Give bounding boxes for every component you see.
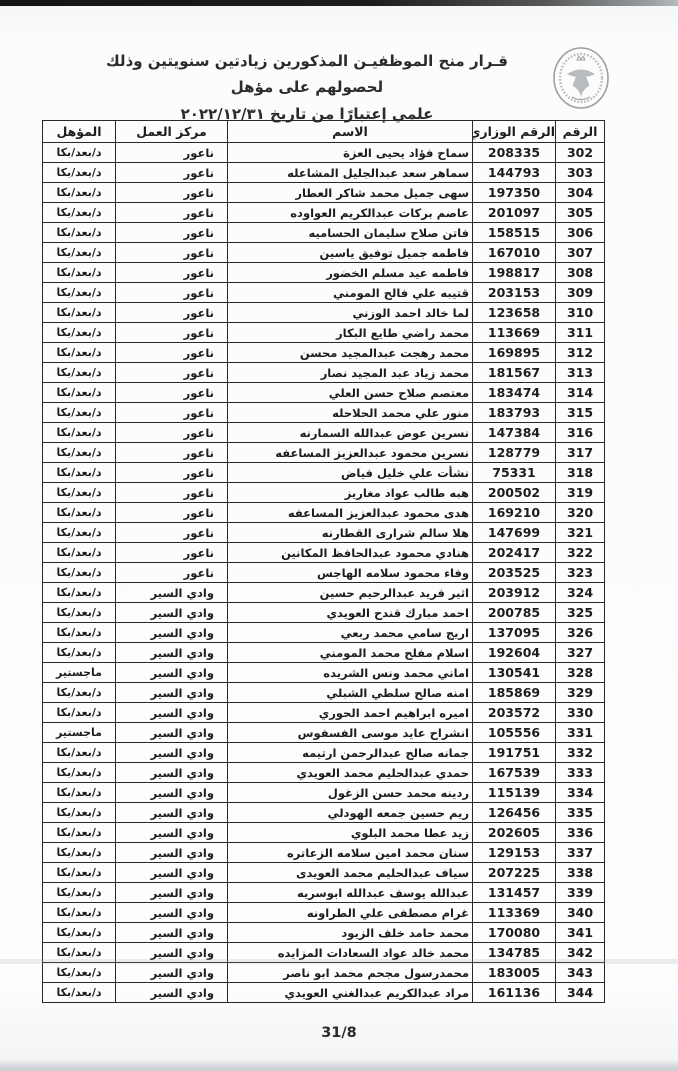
cell-center: وادي السير [116,843,228,863]
cell-center: ناعور [116,143,228,163]
scan-edge-top [0,0,678,6]
cell-no: 336 [556,823,605,843]
cell-mid: 185869 [473,683,556,703]
table-row: 338207225سياف عبدالحليم محمد العويدىوادي… [43,863,605,883]
table-row: 339131457عبدالله يوسف عبدالله ابوسريهواد… [43,883,605,903]
table-row: 334115139ردينه محمد حسن الزغولوادي السير… [43,783,605,803]
cell-mid: 202417 [473,543,556,563]
cell-qual: د/بعد/بكا [43,323,116,343]
cell-mid: 169210 [473,503,556,523]
cell-qual: د/بعد/بكا [43,863,116,883]
cell-qual: د/بعد/بكا [43,743,116,763]
cell-no: 328 [556,663,605,683]
cell-center: وادي السير [116,603,228,623]
cell-no: 321 [556,523,605,543]
cell-center: وادي السير [116,783,228,803]
cell-qual: د/بعد/بكا [43,563,116,583]
table-row: 332191751جمانه صالح عبدالرحمن ارتيمهوادي… [43,743,605,763]
cell-mid: 129153 [473,843,556,863]
cell-name: ريم حسين جمعه الهودلي [228,803,473,823]
table-row: 331105556انشراح عايد موسى الفسفوسوادي ال… [43,723,605,743]
cell-center: ناعور [116,243,228,263]
header-ministry-number: الرقم الوزاري [473,121,556,143]
cell-no: 339 [556,883,605,903]
scan-edge-bottom [0,1059,678,1071]
table-row: 336202605زيد عطا محمد البلويوادي السيرد/… [43,823,605,843]
cell-center: ناعور [116,503,228,523]
cell-name: هبه طالب عواد مغاريز [228,483,473,503]
cell-no: 344 [556,983,605,1003]
header-name: الاسم [228,121,473,143]
table-row: 319200502هبه طالب عواد مغاريزناعورد/بعد/… [43,483,605,503]
header-qualification: المؤهل [43,121,116,143]
cell-name: وفاء محمود سلامه الهاجس [228,563,473,583]
cell-qual: د/بعد/بكا [43,483,116,503]
cell-name: سماح فؤاد يحيى العزة [228,143,473,163]
cell-qual: د/بعد/بكا [43,583,116,603]
cell-name: اثير فريد عبدالرحيم حسين [228,583,473,603]
cell-qual: د/بعد/بكا [43,163,116,183]
cell-mid: 170080 [473,923,556,943]
table-row: 302208335سماح فؤاد يحيى العزةناعورد/بعد/… [43,143,605,163]
table-row: 330203572اميره ابراهيم احمد الحوريوادي ا… [43,703,605,723]
table-row: 320169210هدى محمود عبدالعزيز المساعفهناع… [43,503,605,523]
cell-name: امنه صالح سلطي الشبلي [228,683,473,703]
cell-mid: 128779 [473,443,556,463]
table-row: 337129153سنان محمد امين سلامه الزعاترهوا… [43,843,605,863]
cell-mid: 181567 [473,363,556,383]
cell-mid: 202605 [473,823,556,843]
table-header-row: الرقم الرقم الوزاري الاسم مركز العمل الم… [43,121,605,143]
cell-qual: ماجستير [43,723,116,743]
table-row: 323203525وفاء محمود سلامه الهاجسناعورد/ب… [43,563,605,583]
cell-mid: 192604 [473,643,556,663]
cell-no: 329 [556,683,605,703]
cell-no: 317 [556,443,605,463]
cell-name: هنادي محمود عبدالحافظ المكانين [228,543,473,563]
cell-center: وادي السير [116,963,228,983]
cell-center: وادي السير [116,663,228,683]
table-row: 310123658لما خالد احمد الوزنيناعورد/بعد/… [43,303,605,323]
cell-qual: د/بعد/بكا [43,983,116,1003]
table-row: 304197350سهى جميل محمد شاكر العطارناعورد… [43,183,605,203]
cell-name: محمد زياد عبد المجيد نصار [228,363,473,383]
cell-center: وادي السير [116,763,228,783]
cell-no: 305 [556,203,605,223]
government-seal-icon [546,40,616,116]
cell-no: 326 [556,623,605,643]
cell-no: 309 [556,283,605,303]
table-row: 324203912اثير فريد عبدالرحيم حسينوادي ال… [43,583,605,603]
cell-name: جمانه صالح عبدالرحمن ارتيمه [228,743,473,763]
cell-name: هدى محمود عبدالعزيز المساعفه [228,503,473,523]
cell-center: ناعور [116,363,228,383]
table-row: 311113669محمد راضي طايع البكارناعورد/بعد… [43,323,605,343]
cell-center: ناعور [116,483,228,503]
cell-no: 322 [556,543,605,563]
cell-mid: 201097 [473,203,556,223]
cell-center: وادي السير [116,983,228,1003]
cell-no: 303 [556,163,605,183]
cell-center: ناعور [116,423,228,443]
cell-mid: 203572 [473,703,556,723]
cell-name: قتيبه علي فالح المومني [228,283,473,303]
cell-no: 335 [556,803,605,823]
cell-name: هلا سالم شرارى القطارنه [228,523,473,543]
cell-mid: 126456 [473,803,556,823]
cell-qual: د/بعد/بكا [43,223,116,243]
cell-name: معتصم صلاح حسن العلي [228,383,473,403]
document-title-line1: قـرار منح الموظفيـن المذكورين زيادتين سن… [72,48,542,101]
table-row: 305201097عاصم بركات عبدالكريم العواودهنا… [43,203,605,223]
cell-no: 338 [556,863,605,883]
cell-qual: د/بعد/بكا [43,243,116,263]
cell-mid: 200785 [473,603,556,623]
cell-qual: د/بعد/بكا [43,623,116,643]
cell-name: ردينه محمد حسن الزغول [228,783,473,803]
cell-qual: د/بعد/بكا [43,183,116,203]
cell-mid: 198817 [473,263,556,283]
cell-no: 337 [556,843,605,863]
cell-no: 304 [556,183,605,203]
cell-center: ناعور [116,183,228,203]
cell-qual: د/بعد/بكا [43,703,116,723]
cell-no: 302 [556,143,605,163]
cell-name: مراد عبدالكريم عبدالغني العويدي [228,983,473,1003]
cell-name: فاتن صلاح سليمان الحساميه [228,223,473,243]
cell-no: 320 [556,503,605,523]
cell-qual: د/بعد/بكا [43,383,116,403]
cell-name: محمد رهجت عبدالمجيد محسن [228,343,473,363]
cell-name: حمدي عبدالحليم محمد العويدي [228,763,473,783]
table-row: 321147699هلا سالم شرارى القطارنهناعورد/ب… [43,523,605,543]
cell-no: 313 [556,363,605,383]
cell-mid: 197350 [473,183,556,203]
cell-name: انشراح عايد موسى الفسفوس [228,723,473,743]
cell-qual: د/بعد/بكا [43,263,116,283]
cell-no: 307 [556,243,605,263]
cell-mid: 169895 [473,343,556,363]
table-row: 326137095اريج سامي محمد ربعيوادي السيرد/… [43,623,605,643]
cell-qual: د/بعد/بكا [43,903,116,923]
table-row: 308198817فاطمه عيد مسلم الخضورناعورد/بعد… [43,263,605,283]
cell-no: 331 [556,723,605,743]
cell-center: ناعور [116,383,228,403]
cell-mid: 203153 [473,283,556,303]
cell-mid: 183793 [473,403,556,423]
cell-center: ناعور [116,163,228,183]
employee-table-body: 302208335سماح فؤاد يحيى العزةناعورد/بعد/… [43,143,605,1003]
table-row: 335126456ريم حسين جمعه الهودليوادي السير… [43,803,605,823]
cell-mid: 147384 [473,423,556,443]
cell-no: 325 [556,603,605,623]
cell-center: وادي السير [116,583,228,603]
cell-mid: 203912 [473,583,556,603]
cell-qual: د/بعد/بكا [43,963,116,983]
table-row: 306158515فاتن صلاح سليمان الحساميهناعورد… [43,223,605,243]
cell-qual: د/بعد/بكا [43,363,116,383]
cell-qual: د/بعد/بكا [43,143,116,163]
cell-center: وادي السير [116,823,228,843]
cell-qual: د/بعد/بكا [43,923,116,943]
cell-name: لما خالد احمد الوزني [228,303,473,323]
cell-no: 324 [556,583,605,603]
cell-no: 308 [556,263,605,283]
cell-name: اميره ابراهيم احمد الحوري [228,703,473,723]
cell-qual: د/بعد/بكا [43,883,116,903]
cell-mid: 167010 [473,243,556,263]
cell-mid: 203525 [473,563,556,583]
cell-center: وادي السير [116,743,228,763]
cell-qual: د/بعد/بكا [43,463,116,483]
cell-no: 312 [556,343,605,363]
cell-no: 334 [556,783,605,803]
scan-artifact-streak [0,959,678,964]
cell-name: سياف عبدالحليم محمد العويدى [228,863,473,883]
table-row: 328130541اماني محمد ونس الشريدهوادي السي… [43,663,605,683]
cell-center: ناعور [116,543,228,563]
table-row: 333167539حمدي عبدالحليم محمد العويديوادي… [43,763,605,783]
cell-center: ناعور [116,223,228,243]
cell-name: اسلام مفلح محمد المومني [228,643,473,663]
cell-center: وادي السير [116,903,228,923]
cell-mid: 75331 [473,463,556,483]
cell-mid: 161136 [473,983,556,1003]
table-row: 314183474معتصم صلاح حسن العليناعورد/بعد/… [43,383,605,403]
cell-mid: 113669 [473,323,556,343]
scanned-document-page: قـرار منح الموظفيـن المذكورين زيادتين سن… [0,0,678,1071]
cell-no: 314 [556,383,605,403]
cell-name: محمدرسول مجحم محمد ابو ناصر [228,963,473,983]
cell-mid: 105556 [473,723,556,743]
cell-center: ناعور [116,303,228,323]
cell-qual: د/بعد/بكا [43,303,116,323]
table-row: 315183793منور علي محمد الحلاحلهناعورد/بع… [43,403,605,423]
cell-no: 315 [556,403,605,423]
cell-qual: د/بعد/بكا [43,523,116,543]
cell-name: احمد مبارك قندح العويدي [228,603,473,623]
cell-name: اماني محمد ونس الشريده [228,663,473,683]
cell-center: ناعور [116,283,228,303]
cell-name: نسرين عوض عبدالله السمارنه [228,423,473,443]
cell-qual: د/بعد/بكا [43,683,116,703]
table-row: 329185869امنه صالح سلطي الشبليوادي السير… [43,683,605,703]
cell-mid: 131457 [473,883,556,903]
cell-name: سهى جميل محمد شاكر العطار [228,183,473,203]
cell-name: فاطمه جميل توفيق ياسين [228,243,473,263]
document-header: قـرار منح الموظفيـن المذكورين زيادتين سن… [0,38,678,118]
cell-center: وادي السير [116,643,228,663]
table-row: 327192604اسلام مفلح محمد المومنيوادي الس… [43,643,605,663]
cell-center: ناعور [116,203,228,223]
cell-center: ناعور [116,263,228,283]
cell-name: عاصم بركات عبدالكريم العواوده [228,203,473,223]
cell-mid: 115139 [473,783,556,803]
cell-no: 311 [556,323,605,343]
cell-qual: د/بعد/بكا [43,503,116,523]
cell-name: سنان محمد امين سلامه الزعاتره [228,843,473,863]
cell-mid: 130541 [473,663,556,683]
cell-mid: 137095 [473,623,556,643]
table-row: 322202417هنادي محمود عبدالحافظ المكانينن… [43,543,605,563]
cell-no: 310 [556,303,605,323]
cell-no: 327 [556,643,605,663]
cell-name: عبدالله يوسف عبدالله ابوسريه [228,883,473,903]
cell-center: وادي السير [116,703,228,723]
table-row: 309203153قتيبه علي فالح المومنيناعورد/بع… [43,283,605,303]
table-row: 325200785احمد مبارك قندح العويديوادي الس… [43,603,605,623]
cell-mid: 183474 [473,383,556,403]
cell-mid: 147699 [473,523,556,543]
table-row: 317128779نسرين محمود عبدالعزيز المساعفهن… [43,443,605,463]
cell-center: ناعور [116,343,228,363]
cell-mid: 200502 [473,483,556,503]
cell-no: 343 [556,963,605,983]
cell-center: ناعور [116,563,228,583]
header-work-center: مركز العمل [116,121,228,143]
cell-qual: د/بعد/بكا [43,603,116,623]
cell-qual: د/بعد/بكا [43,823,116,843]
cell-name: محمد حامد خلف الزيود [228,923,473,943]
cell-no: 319 [556,483,605,503]
cell-center: وادي السير [116,863,228,883]
cell-center: ناعور [116,443,228,463]
cell-center: وادي السير [116,723,228,743]
table-row: 313181567محمد زياد عبد المجيد نصارناعورد… [43,363,605,383]
cell-qual: د/بعد/بكا [43,843,116,863]
table-row: 316147384نسرين عوض عبدالله السمارنهناعور… [43,423,605,443]
cell-mid: 144793 [473,163,556,183]
cell-mid: 113369 [473,903,556,923]
cell-qual: ماجستير [43,663,116,683]
cell-mid: 207225 [473,863,556,883]
cell-mid: 123658 [473,303,556,323]
table-row: 307167010فاطمه جميل توفيق ياسينناعورد/بع… [43,243,605,263]
cell-qual: د/بعد/بكا [43,783,116,803]
cell-mid: 167539 [473,763,556,783]
cell-center: وادي السير [116,623,228,643]
cell-center: ناعور [116,523,228,543]
cell-center: وادي السير [116,683,228,703]
cell-center: ناعور [116,403,228,423]
cell-no: 316 [556,423,605,443]
page-number: 31/8 [0,1025,678,1041]
cell-no: 340 [556,903,605,923]
table-row: 341170080محمد حامد خلف الزيودوادي السيرد… [43,923,605,943]
cell-name: سماهر سعد عبدالجليل المشاعله [228,163,473,183]
cell-center: وادي السير [116,883,228,903]
cell-name: محمد راضي طايع البكار [228,323,473,343]
employee-raise-table: الرقم الرقم الوزاري الاسم مركز العمل الم… [42,120,605,1003]
cell-center: وادي السير [116,923,228,943]
cell-mid: 208335 [473,143,556,163]
cell-center: ناعور [116,323,228,343]
cell-no: 323 [556,563,605,583]
header-number: الرقم [556,121,605,143]
cell-no: 333 [556,763,605,783]
cell-center: وادي السير [116,803,228,823]
cell-center: ناعور [116,463,228,483]
table-row: 343183005محمدرسول مجحم محمد ابو ناصروادي… [43,963,605,983]
cell-name: اريج سامي محمد ربعي [228,623,473,643]
cell-mid: 191751 [473,743,556,763]
cell-no: 341 [556,923,605,943]
cell-mid: 183005 [473,963,556,983]
table-row: 303144793سماهر سعد عبدالجليل المشاعلهناع… [43,163,605,183]
cell-qual: د/بعد/بكا [43,403,116,423]
cell-no: 318 [556,463,605,483]
cell-name: نسرين محمود عبدالعزيز المساعفه [228,443,473,463]
cell-mid: 158515 [473,223,556,243]
cell-qual: د/بعد/بكا [43,763,116,783]
table-row: 31875331نشأت علي خليل فياضناعورد/بعد/بكا [43,463,605,483]
cell-qual: د/بعد/بكا [43,443,116,463]
document-title: قـرار منح الموظفيـن المذكورين زيادتين سن… [72,48,542,127]
table-row: 340113369غرام مصطفى علي الطراونهوادي الس… [43,903,605,923]
table-row: 312169895محمد رهجت عبدالمجيد محسنناعورد/… [43,343,605,363]
cell-qual: د/بعد/بكا [43,643,116,663]
cell-name: غرام مصطفى علي الطراونه [228,903,473,923]
cell-qual: د/بعد/بكا [43,283,116,303]
cell-name: زيد عطا محمد البلوي [228,823,473,843]
cell-no: 306 [556,223,605,243]
cell-no: 330 [556,703,605,723]
cell-name: فاطمه عيد مسلم الخضور [228,263,473,283]
cell-name: منور علي محمد الحلاحله [228,403,473,423]
table-row: 344161136مراد عبدالكريم عبدالغني العويدي… [43,983,605,1003]
cell-qual: د/بعد/بكا [43,343,116,363]
cell-qual: د/بعد/بكا [43,423,116,443]
cell-qual: د/بعد/بكا [43,543,116,563]
cell-no: 332 [556,743,605,763]
cell-qual: د/بعد/بكا [43,803,116,823]
cell-qual: د/بعد/بكا [43,203,116,223]
cell-name: نشأت علي خليل فياض [228,463,473,483]
